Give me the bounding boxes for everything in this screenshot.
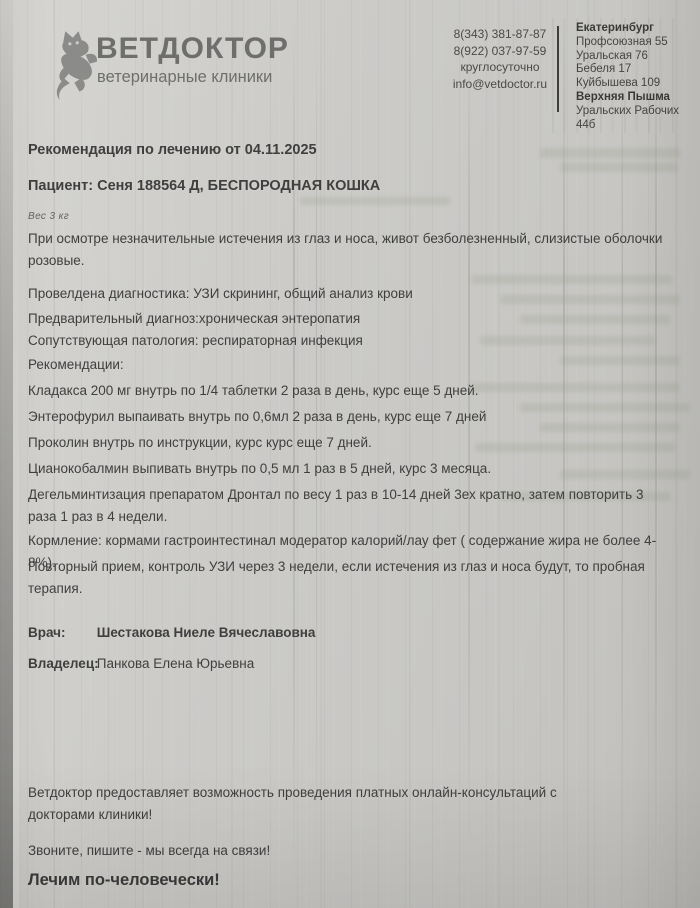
bleedthrough-artifact xyxy=(560,163,678,172)
contact-cta: Звоните, пишите - мы всегда на связи! xyxy=(28,840,670,862)
scanned-document-page: ВЕТДОКТОР ветеринарные клиники 8(343) 38… xyxy=(0,0,700,908)
streak-artifact xyxy=(655,0,657,908)
owner-row: Владелец: Панкова Елена Юрьевна xyxy=(28,653,670,675)
recommendation-item: Энтерофурил выпаивать внутрь по 0,6мл 2 … xyxy=(28,406,670,428)
paper-edge-shadow xyxy=(0,0,13,908)
bleedthrough-artifact xyxy=(300,197,450,205)
contact-block: 8(343) 381-87-87 8(922) 037-97-59 кругло… xyxy=(452,26,548,92)
patient-weight: Вес 3 кг xyxy=(28,206,670,228)
phone-number: 8(922) 037-97-59 xyxy=(452,43,548,60)
city-name: Верхняя Пышма xyxy=(576,91,696,105)
online-consultation-note: Ветдоктор предоставляет возможность пров… xyxy=(28,782,588,826)
street-address: Куйбышева 109 xyxy=(576,77,696,91)
address-block: Екатеринбург Профсоюзная 55 Уральская 76… xyxy=(576,22,696,132)
street-address: Профсоюзная 55 xyxy=(576,36,696,50)
city-name: Екатеринбург xyxy=(576,22,696,36)
owner-label: Владелец: xyxy=(28,653,93,675)
recommendation-item: Проколин внутрь по инструкции, курс курс… xyxy=(28,432,670,454)
patient-line: Пациент: Сеня 188564 Д, БЕСПОРОДНАЯ КОШК… xyxy=(28,175,670,197)
exam-findings: При осмотре незначительные истечения из … xyxy=(28,228,670,272)
street-address: Бебеля 17 xyxy=(576,63,696,77)
recommendations-heading: Рекомендации: xyxy=(28,354,670,376)
brand-tagline: ветеринарные клиники xyxy=(97,68,272,87)
diagnostics-line: Провелдена диагностика: УЗИ скрининг, об… xyxy=(28,283,670,305)
street-address: Уральских Рабочих 44б xyxy=(576,105,696,133)
preliminary-diagnosis: Предварительный диагноз:хроническая энте… xyxy=(28,308,670,330)
doctor-name: Шестакова Ниеле Вячеславовна xyxy=(97,625,316,640)
email-address: info@vetdoctor.ru xyxy=(452,76,548,93)
streak-artifact xyxy=(316,0,317,908)
photo-vignette xyxy=(0,0,700,908)
streak-artifact xyxy=(468,0,470,908)
street-address: Уральская 76 xyxy=(576,50,696,64)
doctor-label: Врач: xyxy=(28,622,93,644)
clinic-slogan: Лечим по-человечески! xyxy=(28,869,670,891)
doctor-row: Врач: Шестакова Ниеле Вячеславовна xyxy=(28,622,670,644)
working-hours: круглосуточно xyxy=(452,59,548,76)
header-divider xyxy=(557,26,559,112)
recommendation-item: Дегельминтизация препаратом Дронтал по в… xyxy=(28,484,670,528)
paper-edge-highlight xyxy=(13,0,19,908)
recommendation-item: Кладакса 200 мг внутрь по 1/4 таблетки 2… xyxy=(28,380,670,402)
streak-artifact xyxy=(563,0,565,908)
recommendation-item: Цианокобалмин выпивать внутрь по 0,5 мл … xyxy=(28,458,670,480)
phone-number: 8(343) 381-87-87 xyxy=(452,26,548,43)
streak-artifact xyxy=(293,0,295,908)
print-streak-texture xyxy=(0,0,700,908)
document-title: Рекомендация по лечению от 04.11.2025 xyxy=(28,139,670,161)
comorbidity-line: Сопутствующая патология: респираторная и… xyxy=(28,330,670,352)
streak-artifact xyxy=(622,0,623,908)
brand-name: ВЕТДОКТОР xyxy=(96,32,289,66)
followup-instruction: Повторный прием, контроль УЗИ через 3 не… xyxy=(28,556,670,600)
owner-name: Панкова Елена Юрьевна xyxy=(97,656,254,671)
